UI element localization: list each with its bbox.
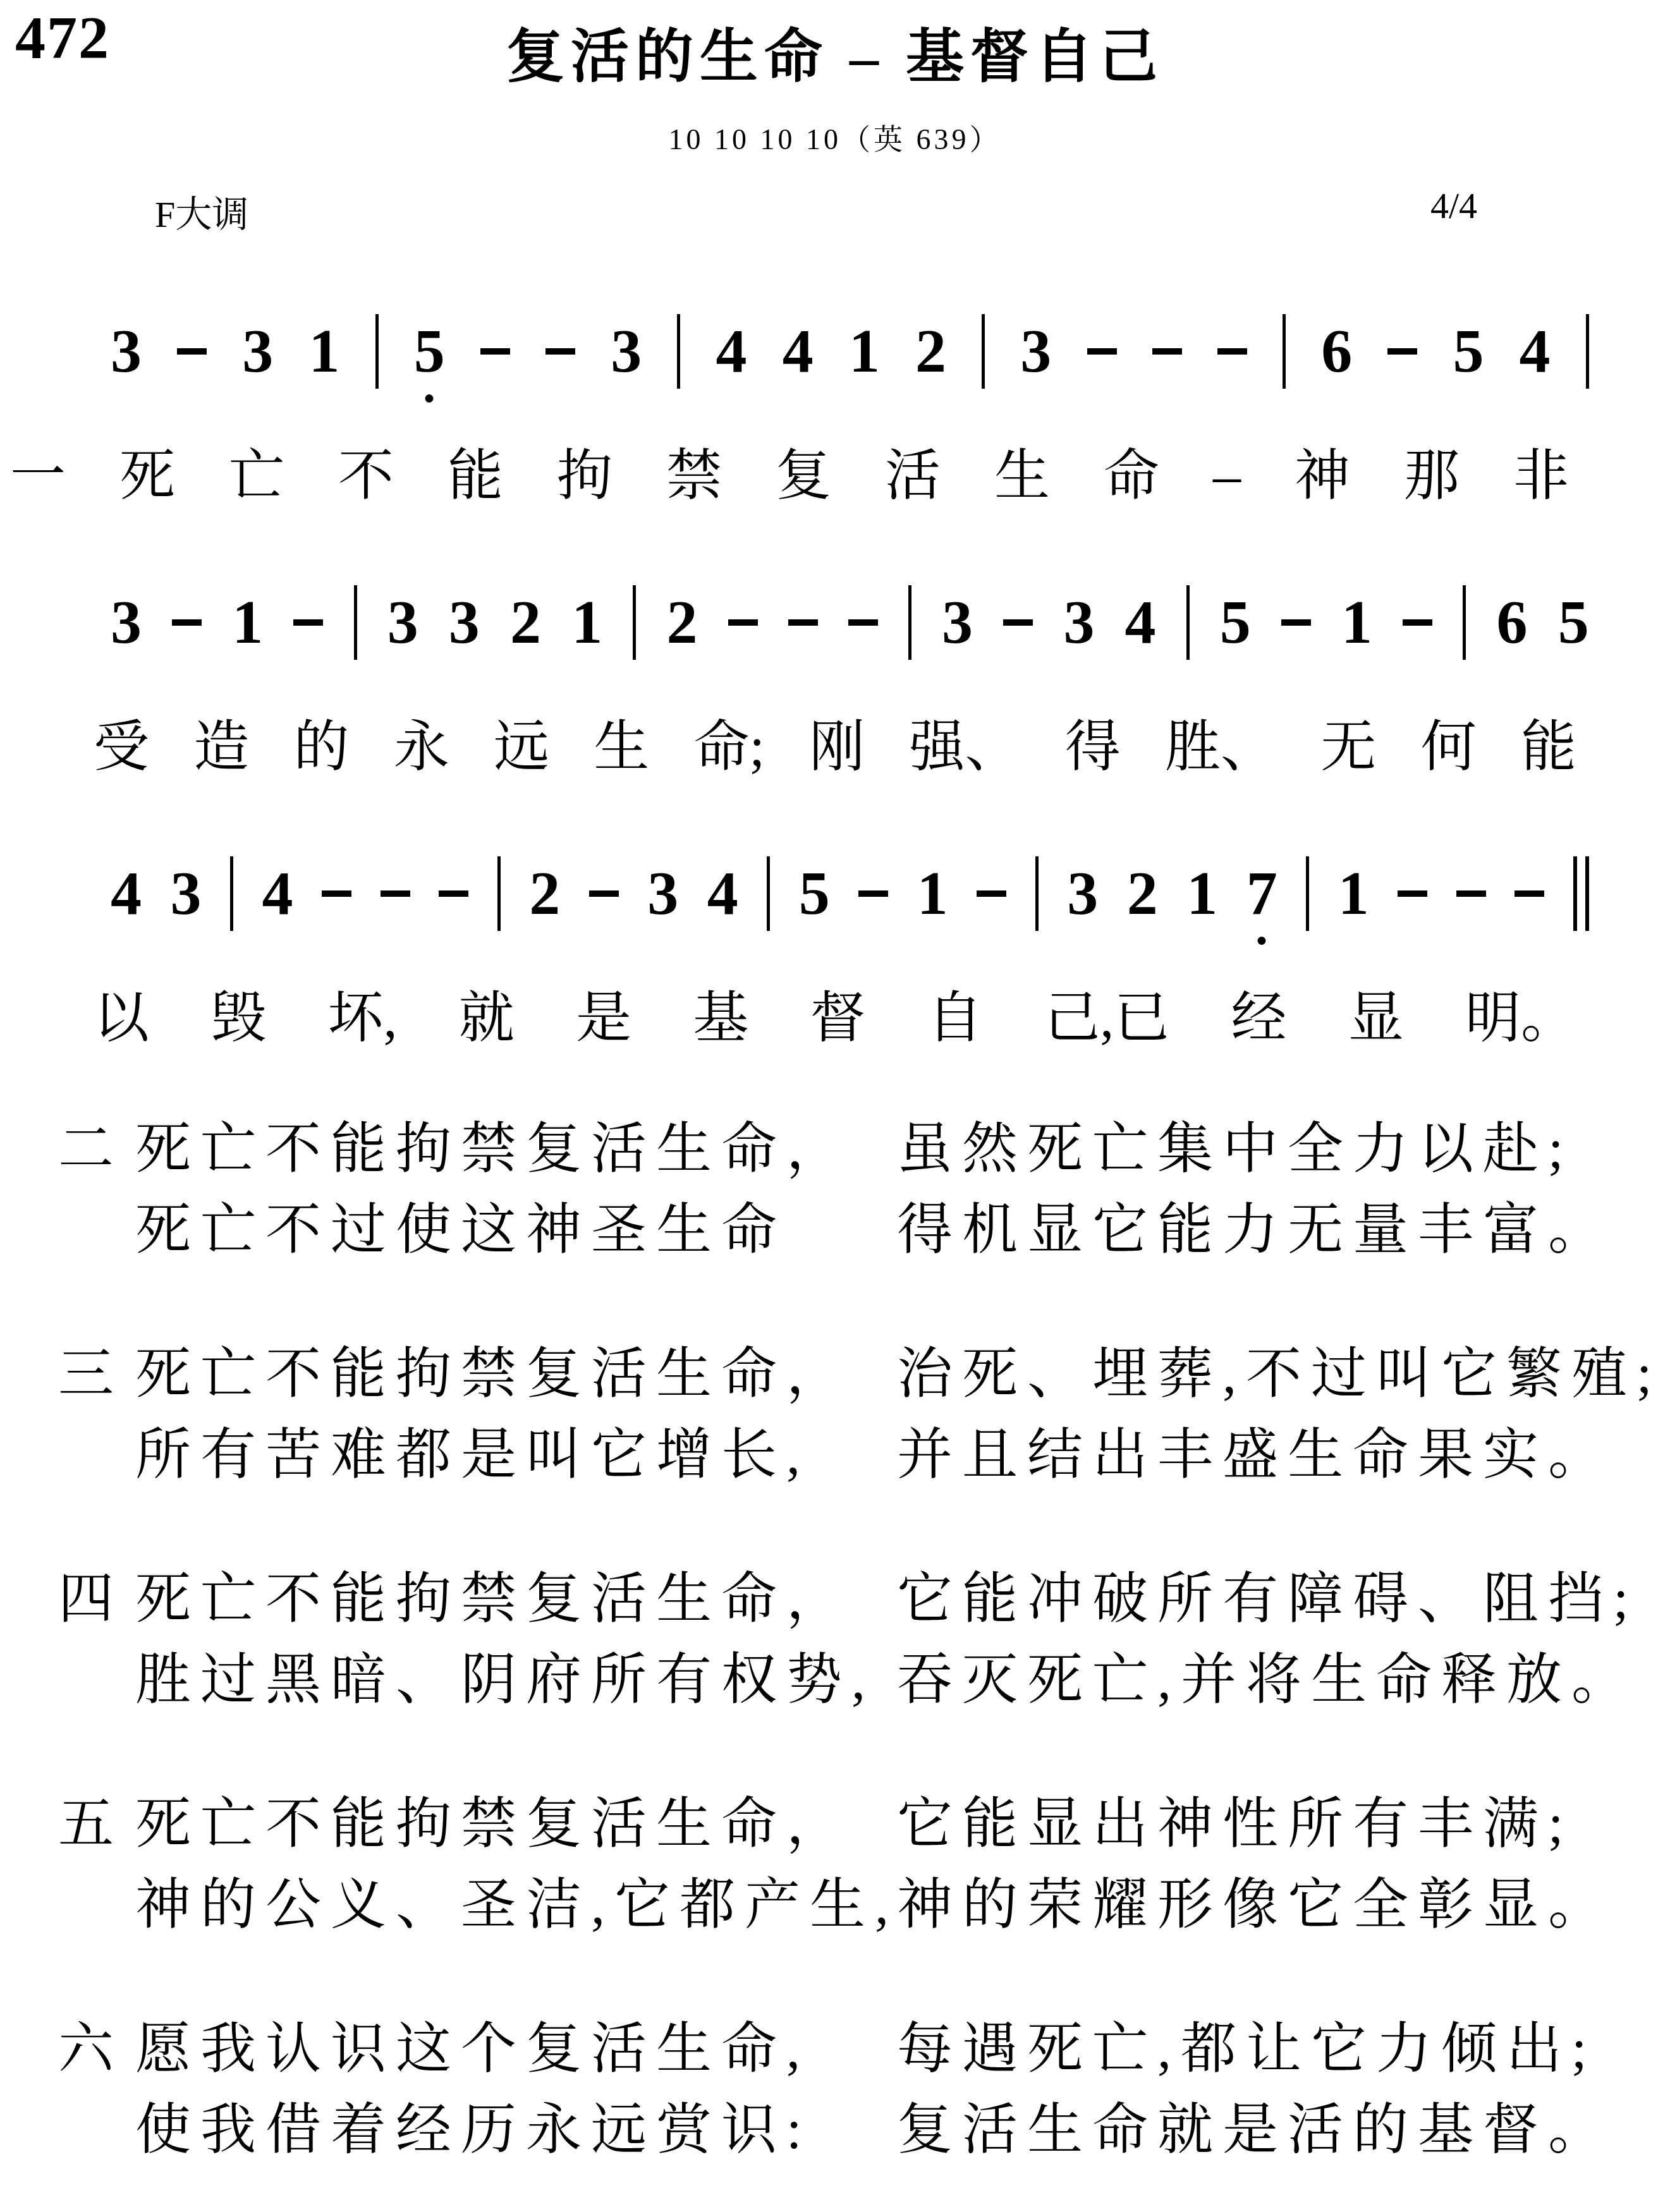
sustain-dash [1515, 890, 1544, 897]
note-digit: 4 [111, 863, 142, 925]
barline [1035, 856, 1039, 931]
sustain-dash [1003, 619, 1033, 626]
lyric-row: 一死亡不能拘禁复活生命–神那非 [0, 442, 1670, 511]
lyric-syllable: 非 [1513, 442, 1569, 511]
barline [908, 585, 911, 660]
note-digit: 3 [449, 592, 480, 653]
verse-number [58, 1865, 135, 1946]
barline [1186, 585, 1190, 660]
verse-text-left: 神的公义、圣洁,它都产生, [135, 1865, 897, 1946]
barline [354, 585, 357, 660]
verse-number: 五 [58, 1784, 135, 1865]
lyric-syllable: 强、 [910, 713, 1021, 782]
lyric-syllable: 能 [1521, 713, 1576, 782]
verse-text-left: 死亡不能拘禁复活生命， [135, 1334, 897, 1415]
note-digit: 6 [1321, 320, 1352, 382]
note-digit: 1 [1186, 863, 1217, 925]
lyric-syllable: 得 [1065, 713, 1121, 782]
sustain-dash [848, 619, 878, 626]
note-digit: 3 [242, 320, 273, 382]
verse-text-left: 胜过黑暗、阴府所有权势, [135, 1640, 897, 1721]
verse-number: 六 [58, 2009, 135, 2090]
note-digit: 4 [262, 863, 293, 925]
note-digit: 1 [917, 863, 948, 925]
final-barline-right [1585, 856, 1589, 931]
verse-text-left: 死亡不能拘禁复活生命， [135, 1109, 897, 1190]
time-signature: 4/4 [1430, 185, 1477, 238]
lyric-syllable: 活 [885, 442, 941, 511]
verse-number [58, 1190, 135, 1271]
notation-row: 3315344123654 [0, 296, 1670, 406]
sustain-dash [977, 890, 1006, 897]
verse-text-right: 它能冲破所有障碍、阻挡; [897, 1559, 1670, 1640]
lyric-syllable: 明。 [1465, 984, 1576, 1054]
lyric-syllable: 命; [694, 713, 765, 782]
hymn-sheet-page: 472 复活的生命 – 基督自己 10 10 10 10（英 639） F大调 … [0, 0, 1670, 2212]
verse-number: 三 [58, 1334, 135, 1415]
verse-text-right: 并且结出丰盛生命果实。 [897, 1415, 1670, 1496]
note-digit: 4 [707, 863, 738, 925]
lyric-syllable: 生 [994, 442, 1050, 511]
lyric-syllable: – [1213, 442, 1241, 511]
lyric-syllable: 经 [1231, 984, 1286, 1054]
lyric-syllable: 刚 [809, 713, 865, 782]
lyric-syllable: 神 [1295, 442, 1350, 511]
lyric-syllable: 以 [94, 984, 149, 1054]
note-digit: 5 [1220, 592, 1251, 653]
lyric-syllable: 是 [576, 984, 631, 1054]
note-digit: 2 [915, 320, 946, 382]
note-digit: 3 [1063, 592, 1094, 653]
lyric-syllable: 拘 [557, 442, 613, 511]
note-digit: 1 [1338, 863, 1369, 925]
verse-text-right: 得机显它能力无量丰富。 [897, 1190, 1670, 1271]
sustain-dash [439, 890, 468, 897]
verse-text-left: 死亡不能拘禁复活生命， [135, 1784, 897, 1865]
sustain-dash [177, 348, 207, 355]
note-digit: 3 [387, 592, 418, 653]
note-digit: 3 [942, 592, 973, 653]
final-barline-left [1573, 856, 1577, 931]
verse: 六愿我认识这个复活生命,每遇死亡,都让它力倾出;使我借着经历永远赏识:复活生命就… [0, 2009, 1670, 2171]
lyric-syllable: 督 [810, 984, 866, 1054]
verse-text-right: 治死、埋葬,不过叫它繁殖; [897, 1334, 1670, 1415]
lyric-syllable: 一 [10, 442, 66, 511]
notation-row: 31332123345165 [0, 567, 1670, 678]
lyric-syllable: 坏, [328, 984, 398, 1054]
verse-line: 三死亡不能拘禁复活生命，治死、埋葬,不过叫它繁殖; [0, 1334, 1670, 1415]
lyric-syllable: 造 [193, 713, 249, 782]
lyric-row: 受造的永远生命;刚强、得胜、无何能 [0, 713, 1670, 782]
note-digit-low-octave: 7 [1246, 863, 1277, 925]
barline [1306, 856, 1309, 931]
lyric-syllable: 远 [494, 713, 549, 782]
lyric-syllable: 毁 [210, 984, 266, 1054]
sustain-dash [1087, 348, 1117, 355]
note-digit: 3 [1020, 320, 1051, 382]
lyric-syllable: 死 [119, 442, 175, 511]
barline [633, 585, 636, 660]
note-digit: 3 [171, 863, 202, 925]
barline [1283, 314, 1286, 389]
verse-text-right: 复活生命就是活的基督。 [897, 2090, 1670, 2171]
barline [1463, 585, 1466, 660]
hymn-number: 472 [15, 3, 110, 73]
lyric-syllable: 那 [1404, 442, 1460, 511]
verse: 三死亡不能拘禁复活生命，治死、埋葬,不过叫它繁殖;所有苦难都是叫它增长,并且结出… [0, 1334, 1670, 1496]
verse-text-right: 神的荣耀形像它全彰显。 [897, 1865, 1670, 1946]
note-digit: 5 [1558, 592, 1589, 653]
music-section: 3315344123654一死亡不能拘禁复活生命–神那非313321233451… [0, 296, 1670, 1054]
lyric-syllable: 禁 [666, 442, 722, 511]
verse-number [58, 1415, 135, 1496]
verse-line: 神的公义、圣洁,它都产生,神的荣耀形像它全彰显。 [0, 1865, 1670, 1946]
verse-line: 死亡不过使这神圣生命得机显它能力无量丰富。 [0, 1190, 1670, 1271]
note-digit: 3 [647, 863, 678, 925]
music-line: 3315344123654一死亡不能拘禁复活生命–神那非 [0, 296, 1670, 511]
verse-number: 四 [58, 1559, 135, 1640]
verse-line: 所有苦难都是叫它增长,并且结出丰盛生命果实。 [0, 1415, 1670, 1496]
verses-section: 二死亡不能拘禁复活生命，虽然死亡集中全力以赴;死亡不过使这神圣生命得机显它能力无… [0, 1109, 1670, 2171]
sustain-dash [480, 348, 510, 355]
sustain-dash [589, 890, 619, 897]
note-digit: 1 [571, 592, 602, 653]
barline [375, 314, 379, 389]
lyric-syllable: 何 [1421, 713, 1477, 782]
note-digit: 3 [111, 320, 142, 382]
verse-line: 六愿我认识这个复活生命,每遇死亡,都让它力倾出; [0, 2009, 1670, 2090]
barline [767, 856, 770, 931]
note-digit: 2 [529, 863, 560, 925]
music-line: 4342345132171以毁坏,就是基督自己,已经显明。 [0, 838, 1670, 1054]
lyric-syllable: 胜、 [1165, 713, 1276, 782]
verse-text-left: 所有苦难都是叫它增长, [135, 1415, 897, 1496]
sustain-dash [172, 619, 202, 626]
lyric-syllable: 的 [294, 713, 350, 782]
note-digit: 5 [1453, 320, 1484, 382]
sustain-dash [1152, 348, 1182, 355]
note-digit: 4 [783, 320, 814, 382]
verse-line: 五死亡不能拘禁复活生命，它能显出神性所有丰满; [0, 1784, 1670, 1865]
key-signature: F大调 [155, 185, 248, 238]
verse-text-right: 吞灭死亡,并将生命释放。 [897, 1640, 1670, 1721]
lyric-syllable: 显 [1348, 984, 1404, 1054]
verse-text-right: 虽然死亡集中全力以赴; [897, 1109, 1670, 1190]
sustain-dash [545, 348, 575, 355]
verse-text-right: 每遇死亡,都让它力倾出; [897, 2009, 1670, 2090]
note-digit: 3 [1067, 863, 1098, 925]
note-digit: 2 [510, 592, 541, 653]
sustain-dash [381, 890, 410, 897]
lyric-syllable: 复 [776, 442, 831, 511]
lyric-row: 以毁坏,就是基督自己,已经显明。 [0, 984, 1670, 1054]
lyric-syllable: 命 [1104, 442, 1159, 511]
note-digit: 4 [716, 320, 747, 382]
verse-number [58, 1640, 135, 1721]
note-digit: 2 [666, 592, 697, 653]
verse-number [58, 2090, 135, 2171]
lyric-syllable: 己,已 [1044, 984, 1169, 1054]
sustain-dash [858, 890, 888, 897]
verse: 五死亡不能拘禁复活生命，它能显出神性所有丰满;神的公义、圣洁,它都产生,神的荣耀… [0, 1784, 1670, 1946]
sustain-dash [293, 619, 323, 626]
note-digit: 2 [1127, 863, 1158, 925]
sustain-dash [788, 619, 818, 626]
sustain-dash [1281, 619, 1311, 626]
sustain-dash [322, 890, 351, 897]
lyric-syllable: 不 [338, 442, 394, 511]
verse-text-left: 死亡不过使这神圣生命 [135, 1190, 897, 1271]
key-time-row: F大调 4/4 [0, 185, 1670, 238]
verse-text-right: 它能显出神性所有丰满; [897, 1784, 1670, 1865]
lyric-syllable: 永 [394, 713, 449, 782]
note-digit: 5 [799, 863, 830, 925]
barline [230, 856, 233, 931]
hymn-title: 复活的生命 – 基督自己 [0, 0, 1670, 94]
verse-text-left: 死亡不能拘禁复活生命， [135, 1559, 897, 1640]
verse-line: 四死亡不能拘禁复活生命，它能冲破所有障碍、阻挡; [0, 1559, 1670, 1640]
note-digit: 1 [1341, 592, 1372, 653]
note-digit: 1 [232, 592, 263, 653]
lyric-syllable: 生 [594, 713, 649, 782]
sustain-dash [1217, 348, 1247, 355]
verse-line: 二死亡不能拘禁复活生命，虽然死亡集中全力以赴; [0, 1109, 1670, 1190]
barline [497, 856, 501, 931]
final-double-barline [1573, 856, 1589, 931]
sustain-dash [1387, 348, 1417, 355]
barline [982, 314, 985, 389]
sustain-dash [1398, 890, 1427, 897]
verse-text-left: 使我借着经历永远赏识: [135, 2090, 897, 2171]
sustain-dash [1456, 890, 1486, 897]
verse: 二死亡不能拘禁复活生命，虽然死亡集中全力以赴;死亡不过使这神圣生命得机显它能力无… [0, 1109, 1670, 1271]
notation-row: 4342345132171 [0, 838, 1670, 949]
note-digit: 4 [1520, 320, 1551, 382]
note-digit: 6 [1497, 592, 1528, 653]
hymn-meter: 10 10 10 10（英 639） [0, 116, 1670, 158]
lyric-syllable: 基 [693, 984, 748, 1054]
verse-text-left: 愿我认识这个复活生命, [135, 2009, 897, 2090]
note-digit: 3 [611, 320, 642, 382]
sustain-dash [728, 619, 758, 626]
music-line: 31332123345165受造的永远生命;刚强、得胜、无何能 [0, 567, 1670, 782]
verse-line: 使我借着经历永远赏识:复活生命就是活的基督。 [0, 2090, 1670, 2171]
lyric-syllable: 能 [448, 442, 503, 511]
note-digit: 1 [308, 320, 339, 382]
verse-line: 胜过黑暗、阴府所有权势,吞灭死亡,并将生命释放。 [0, 1640, 1670, 1721]
lyric-syllable: 就 [459, 984, 515, 1054]
note-digit: 4 [1125, 592, 1156, 653]
note-digit: 1 [849, 320, 880, 382]
barline [677, 314, 680, 389]
lyric-syllable: 亡 [229, 442, 284, 511]
barline [1586, 314, 1589, 389]
lyric-syllable: 受 [94, 713, 149, 782]
verse-number: 二 [58, 1109, 135, 1190]
lyric-syllable: 自 [927, 984, 983, 1054]
lyric-syllable: 无 [1320, 713, 1376, 782]
verse: 四死亡不能拘禁复活生命，它能冲破所有障碍、阻挡;胜过黑暗、阴府所有权势,吞灭死亡… [0, 1559, 1670, 1721]
note-digit: 3 [111, 592, 142, 653]
note-digit-low-octave: 5 [414, 320, 445, 382]
sustain-dash [1403, 619, 1432, 626]
